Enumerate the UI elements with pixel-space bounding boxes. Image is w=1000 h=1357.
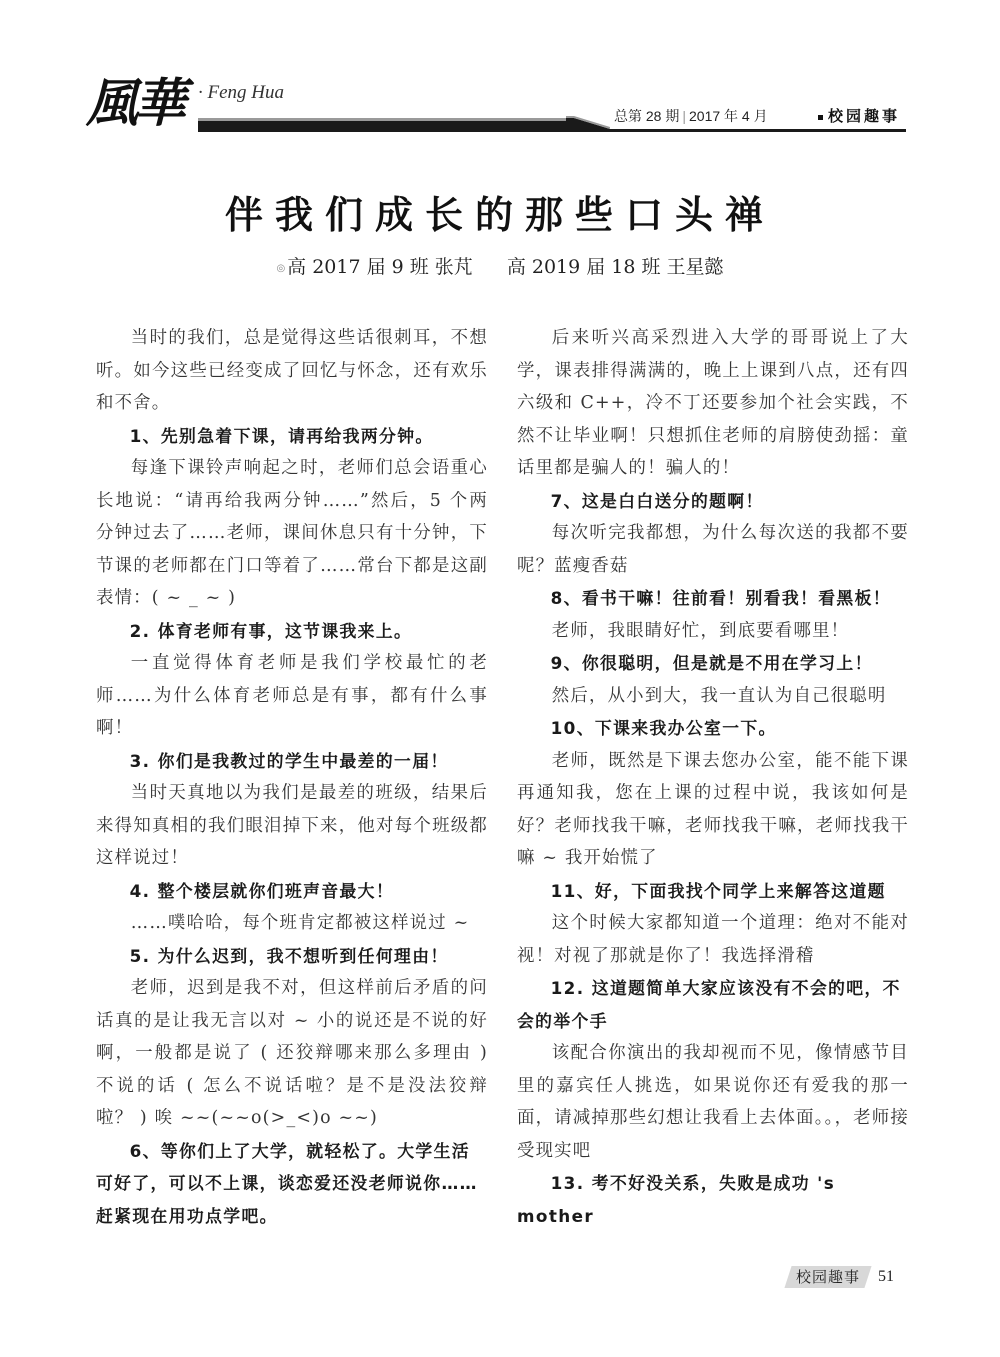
left-column: 当时的我们，总是觉得这些话很刺耳，不想听。如今这些已经变成了回忆与怀念，还有欢乐… <box>96 322 488 1232</box>
author-mark-icon: ◎ <box>276 263 285 274</box>
issue-info: 总第 28 期|2017 年 4 月 <box>614 106 768 126</box>
author-2: 高 2019 届 18 班 王星懿 <box>507 256 724 278</box>
section-heading: 7、这是白白送分的题啊！ <box>517 485 909 518</box>
paragraph: 当时天真地以为我们是最差的班级，结果后来得知真相的我们眼泪掉下来，他对每个班级都… <box>96 777 488 875</box>
logo-text: 風華 <box>86 74 182 134</box>
paragraph: 老师，既然是下课去您办公室，能不能下课再通知我，您在上课的过程中说，我该如何是好… <box>517 745 909 875</box>
author-1: 高 2017 届 9 班 张芃 <box>287 256 473 278</box>
paragraph: 后来听兴高采烈进入大学的哥哥说上了大学，课表排得满满的，晚上上课到八点，还有四六… <box>517 322 909 485</box>
section-label: 校园趣事 <box>818 105 900 126</box>
logo-subtitle: · Feng Hua <box>198 82 284 104</box>
footer-section-label: 校园趣事 <box>796 1266 860 1288</box>
section-heading: 12. 这道题简单大家应该没有不会的吧，不会的举个手 <box>517 972 909 1037</box>
section-heading: 3. 你们是我教过的学生中最差的一届！ <box>96 745 488 778</box>
byline: ◎高 2017 届 9 班 张芃高 2019 届 18 班 王星懿 <box>0 252 1000 279</box>
issue-date: 2017 年 4 月 <box>689 108 768 124</box>
section-heading: 10、下课来我办公室一下。 <box>517 712 909 745</box>
paragraph: 每次听完我都想，为什么每次送的我都不要呢？蓝瘦香菇 <box>517 517 909 582</box>
paragraph: 老师，我眼睛好忙，到底要看哪里！ <box>517 615 909 648</box>
page-number: 51 <box>878 1266 894 1288</box>
section-label-text: 校园趣事 <box>828 107 900 125</box>
paragraph: 然后，从小到大，我一直认为自己很聪明 <box>517 680 909 713</box>
section-heading: 6、等你们上了大学，就轻松了。大学生活可好了，可以不上课，谈恋爱还没老师说你……… <box>96 1135 488 1233</box>
section-heading: 1、先别急着下课，请再给我两分钟。 <box>96 420 488 453</box>
section-heading: 8、看书干嘛！往前看！别看我！看黑板！ <box>517 582 909 615</box>
bullet-icon <box>818 115 823 120</box>
paragraph: 该配合你演出的我却视而不见，像情感节目里的嘉宾任人挑选，如果说你还有爱我的那一面… <box>517 1037 909 1167</box>
section-heading: 13. 考不好没关系，失败是成功 's mother <box>517 1167 909 1232</box>
section-heading: 9、你很聪明，但是就是不用在学习上！ <box>517 647 909 680</box>
paragraph: 老师，迟到是我不对，但这样前后矛盾的问话真的是让我无言以对 ~ 小的说还是不说的… <box>96 972 488 1135</box>
paragraph: 一直觉得体育老师是我们学校最忙的老师……为什么体育老师总是有事，都有什么事啊！ <box>96 647 488 745</box>
divider: | <box>682 108 686 124</box>
article-title: 伴我们成长的那些口头禅 <box>0 184 1000 239</box>
header-rule <box>606 129 906 132</box>
section-heading: 11、好，下面我找个同学上来解答这道题 <box>517 875 909 908</box>
paragraph: 每逢下课铃声响起之时，老师们总会语重心长地说：“请再给我两分钟……”然后，5 个… <box>96 452 488 615</box>
paragraph: ……噗哈哈，每个班肯定都被这样说过 ~ <box>96 907 488 940</box>
right-column: 后来听兴高采烈进入大学的哥哥说上了大学，课表排得满满的，晚上上课到八点，还有四六… <box>517 322 909 1232</box>
paragraph: 这个时候大家都知道一个道理：绝对不能对视！对视了那就是你了！我选择滑稽 <box>517 907 909 972</box>
section-heading: 2. 体育老师有事，这节课我来上。 <box>96 615 488 648</box>
issue-number: 总第 28 期 <box>614 108 679 124</box>
section-heading: 5. 为什么迟到，我不想听到任何理由！ <box>96 940 488 973</box>
magazine-logo: 風華 <box>86 72 196 140</box>
section-heading: 4. 整个楼层就你们班声音最大！ <box>96 875 488 908</box>
header-bar <box>198 118 568 132</box>
paragraph: 当时的我们，总是觉得这些话很刺耳，不想听。如今这些已经变成了回忆与怀念，还有欢乐… <box>96 322 488 420</box>
header-bar-slope <box>566 116 610 132</box>
